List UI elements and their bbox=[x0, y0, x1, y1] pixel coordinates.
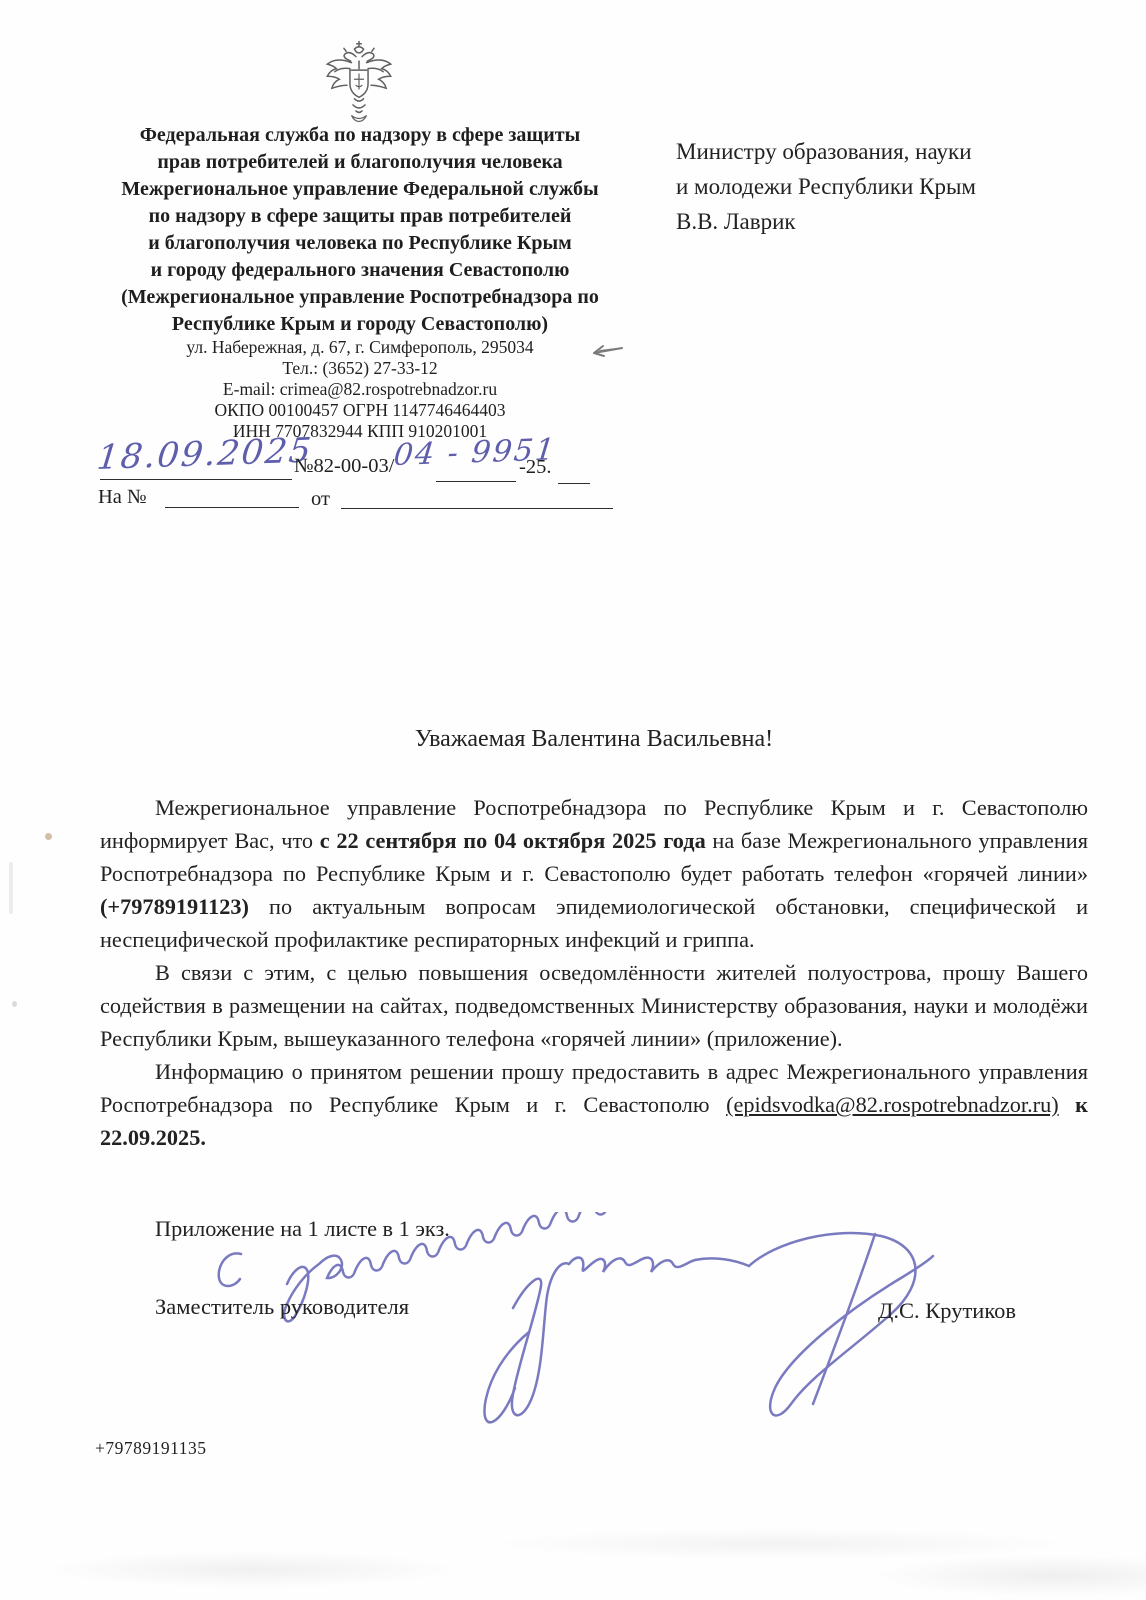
outgoing-number-prefix: №82-00-03/ bbox=[294, 455, 394, 478]
date-underline bbox=[100, 479, 292, 480]
org-name-line: и благополучия человека по Республике Кр… bbox=[95, 230, 625, 257]
contact-phone: Тел.: (3652) 27-33-12 bbox=[120, 358, 600, 379]
org-name-line: Федеральная служба по надзору в сфере за… bbox=[95, 122, 625, 149]
hotline-phone-number: (+79789191123) bbox=[100, 894, 249, 919]
org-name-line: по надзору в сфере защиты прав потребите… bbox=[95, 203, 625, 230]
addressee-line: и молодежи Республики Крым bbox=[676, 169, 1076, 204]
email-address: (epidsvodka@82.rospotrebnadzor.ru) bbox=[726, 1092, 1059, 1117]
body-text-segment bbox=[1059, 1092, 1075, 1117]
handwritten-signature bbox=[175, 1212, 985, 1447]
signer-position: Заместитель руководителя bbox=[155, 1294, 409, 1320]
reply-date-underline bbox=[341, 508, 613, 509]
paragraph: В связи с этим, с целью повышения осведо… bbox=[100, 956, 1088, 1055]
number-tail-underline bbox=[558, 483, 590, 484]
salutation: Уважаемая Валентина Васильевна! bbox=[100, 726, 1088, 753]
scanned-letter-page: Федеральная служба по надзору в сфере за… bbox=[0, 0, 1146, 1600]
footer-contact-phone: +79789191135 bbox=[95, 1438, 206, 1459]
addressee-line: Министру образования, науки bbox=[676, 134, 1076, 169]
reply-number-label: На № bbox=[98, 486, 147, 509]
contact-okpo-ogrn: ОКПО 00100457 ОГРН 1147746464403 bbox=[120, 400, 600, 421]
scan-speck bbox=[12, 1001, 17, 1007]
body-text-segment: В связи с этим, с целью повышения осведо… bbox=[100, 960, 1088, 1051]
pen-mark-arrow bbox=[590, 341, 632, 361]
regards-scrawl bbox=[219, 1253, 241, 1286]
letter-body: Межрегиональное управление Роспотребнадз… bbox=[100, 791, 1088, 1154]
scan-smudge bbox=[9, 862, 13, 914]
contact-address: ул. Набережная, д. 67, г. Симферополь, 2… bbox=[120, 337, 600, 358]
body-text-segment-bold: с 22 сентября по 04 октября 2025 года bbox=[320, 828, 706, 853]
scan-speck bbox=[45, 833, 52, 840]
paragraph: Информацию о принятом решении прошу пред… bbox=[100, 1055, 1088, 1154]
addressee-block: Министру образования, науки и молодежи Р… bbox=[676, 134, 1076, 239]
coat-of-arms-icon bbox=[321, 40, 397, 126]
reply-number-underline bbox=[165, 507, 299, 508]
paragraph: Межрегиональное управление Роспотребнадз… bbox=[100, 791, 1088, 956]
org-name-line: Межрегиональное управление Федеральной с… bbox=[95, 176, 625, 203]
addressee-line: В.В. Лаврик bbox=[676, 204, 1076, 239]
letterhead-org-name: Федеральная служба по надзору в сфере за… bbox=[95, 122, 625, 338]
org-name-line: (Межрегиональное управление Роспотребнад… bbox=[95, 284, 625, 311]
number-underline bbox=[436, 481, 516, 482]
handwritten-date: 18.09.2025 bbox=[95, 431, 315, 478]
reply-from-label: от bbox=[311, 488, 330, 511]
org-name-line: и городу федерального значения Севастопо… bbox=[95, 257, 625, 284]
org-name-line: прав потребителей и благополучия человек… bbox=[95, 149, 625, 176]
body-text-segment: по актуальным вопросам эпидемиологическо… bbox=[100, 894, 1088, 952]
org-name-line: Республике Крым и городу Севастополю) bbox=[95, 311, 625, 338]
outgoing-number-suffix: -25. bbox=[519, 456, 551, 479]
contact-email: E-mail: crimea@82.rospotrebnadzor.ru bbox=[120, 379, 600, 400]
letterhead-contact-block: ул. Набережная, д. 67, г. Симферополь, 2… bbox=[120, 337, 600, 442]
scan-noise bbox=[0, 1520, 1146, 1600]
signer-name: Д.С. Крутиков bbox=[878, 1298, 1016, 1324]
